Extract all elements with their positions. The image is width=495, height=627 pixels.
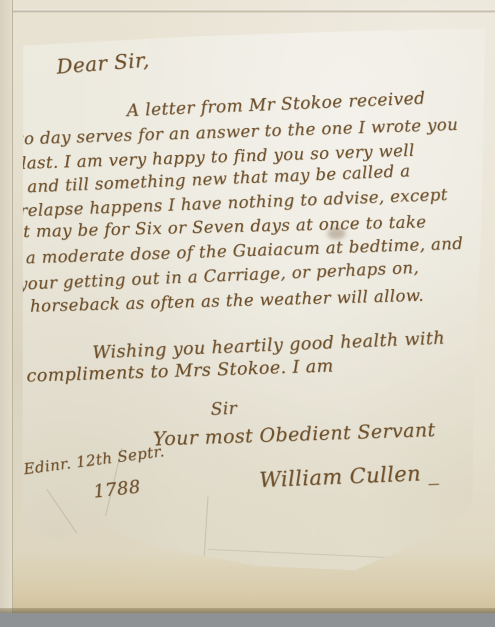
signature: William Cullen _ bbox=[259, 461, 440, 493]
album-page-bottom-edge bbox=[0, 608, 495, 613]
album-page: Dear Sir, A letter from Mr Stokoe receiv… bbox=[0, 0, 495, 613]
closing-line: compliments to Mrs Stokoe. I am bbox=[26, 356, 334, 386]
album-page-left-edge bbox=[0, 0, 13, 613]
paper-crease bbox=[46, 489, 93, 557]
album-page-fold bbox=[0, 9, 495, 13]
valediction-line: Sir bbox=[210, 399, 237, 420]
dateline-year: 1788 bbox=[92, 476, 141, 502]
letter-line: A letter from Mr Stokoe received bbox=[126, 89, 425, 121]
paper-crease bbox=[208, 549, 418, 560]
valediction-line: Your most Obedient Servant bbox=[153, 419, 436, 450]
letter-sheet: Dear Sir, A letter from Mr Stokoe receiv… bbox=[14, 24, 494, 583]
salutation: Dear Sir, bbox=[56, 48, 151, 79]
dateline-place: Edinr. 12th Septr. bbox=[23, 442, 166, 478]
